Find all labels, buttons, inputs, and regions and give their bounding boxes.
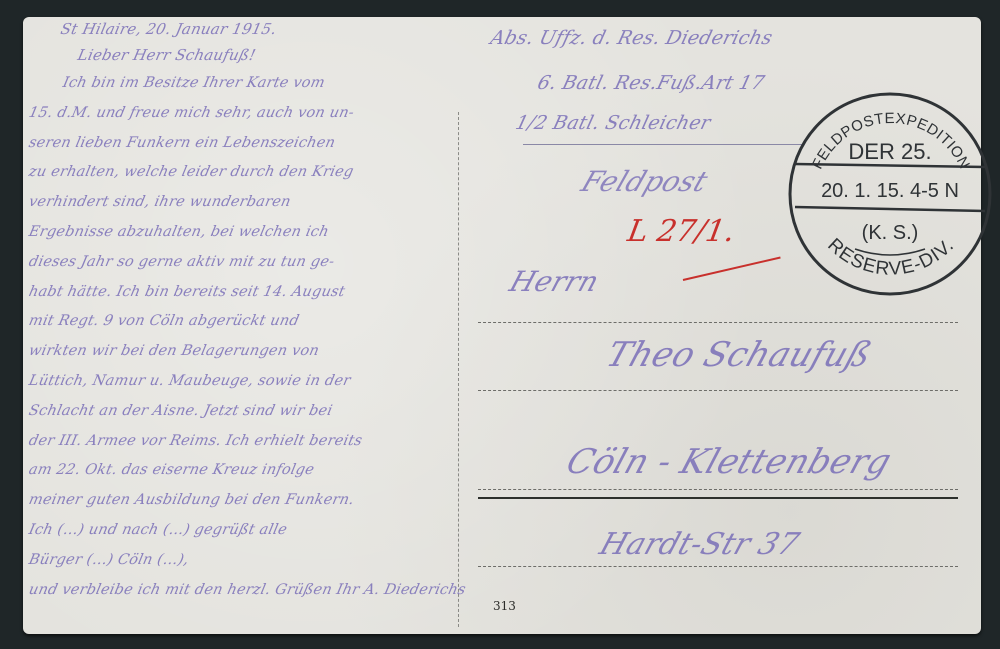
sender-line-3: 1/2 Batl. Schleicher — [513, 112, 713, 134]
letter-place-date: St Hilaire, 20. Januar 1915. — [59, 20, 278, 38]
letter-line: 15. d.M. und freue mich sehr, auch von u… — [27, 105, 355, 121]
letter-line: verhindert sind, ihre wunderbaren — [27, 194, 292, 210]
postcard: St Hilaire, 20. Januar 1915. Lieber Herr… — [23, 17, 981, 634]
letter-line: Bürger (…) Cöln (…), — [27, 552, 190, 568]
center-divider-line — [458, 112, 459, 627]
letter-line: und verbleibe ich mit den herzl. Grüßen … — [27, 582, 467, 598]
address-line-2 — [478, 390, 958, 391]
recipient-name: Theo Schaufuß — [602, 335, 877, 375]
letter-line: seren lieben Funkern ein Lebenszeichen — [27, 135, 336, 151]
sender-line-2: 6. Batl. Res.Fuß.Art 17 — [535, 72, 766, 94]
letter-line: dieses Jahr so gerne aktiv mit zu tun ge… — [27, 254, 336, 270]
letter-line: der III. Armee vor Reims. Ich erhielt be… — [27, 433, 363, 449]
address-line-4 — [478, 566, 958, 567]
feldpost-note: Feldpost — [577, 165, 712, 198]
letter-line: Ich (…) und nach (…) gegrüßt alle — [27, 522, 288, 538]
recipient-city: Cöln - Klettenberg — [562, 442, 897, 482]
letter-line: Schlacht an der Aisne. Jetzt sind wir be… — [27, 403, 334, 419]
sender-line-1: Abs. Uffz. d. Res. Diederichs — [488, 27, 775, 49]
letter-line: Ich bin im Besitze Ihrer Karte vom — [61, 75, 326, 91]
address-line-3 — [478, 489, 958, 490]
sender-underline — [523, 144, 803, 145]
address-line-1 — [478, 322, 958, 323]
letter-line: mit Regt. 9 von Cöln abgerückt und — [27, 313, 300, 329]
censor-mark: L 27/1. — [625, 214, 738, 249]
recipient-salutation: Herrn — [506, 265, 604, 298]
letter-line: wirkten wir bei den Belagerungen von — [27, 343, 320, 359]
letter-line: zu erhalten, welche leider durch den Kri… — [27, 164, 355, 180]
svg-text:(K. S.): (K. S.) — [862, 222, 919, 244]
recipient-street: Hardt-Str 37 — [595, 527, 803, 562]
letter-line: habt hätte. Ich bin bereits seit 14. Aug… — [27, 284, 346, 300]
svg-text:20. 1. 15. 4-5 N: 20. 1. 15. 4-5 N — [821, 180, 959, 202]
letter-line: Ergebnisse abzuhalten, bei welchen ich — [27, 224, 330, 240]
letter-line: Lüttich, Namur u. Maubeuge, sowie in der — [27, 373, 352, 389]
feldpost-postmark-stamp: FELDPOSTEXPEDITION DER 25. 20. 1. 15. 4-… — [785, 89, 995, 299]
printed-card-number: 313 — [493, 599, 516, 613]
address-city-underline — [478, 497, 958, 499]
letter-salutation: Lieber Herr Schaufuß! — [76, 46, 257, 64]
svg-text:DER 25.: DER 25. — [848, 139, 931, 164]
letter-line: am 22. Okt. das eiserne Kreuz infolge — [27, 462, 315, 478]
censor-underline — [683, 257, 781, 281]
letter-line: meiner guten Ausbildung bei den Funkern. — [27, 492, 355, 508]
